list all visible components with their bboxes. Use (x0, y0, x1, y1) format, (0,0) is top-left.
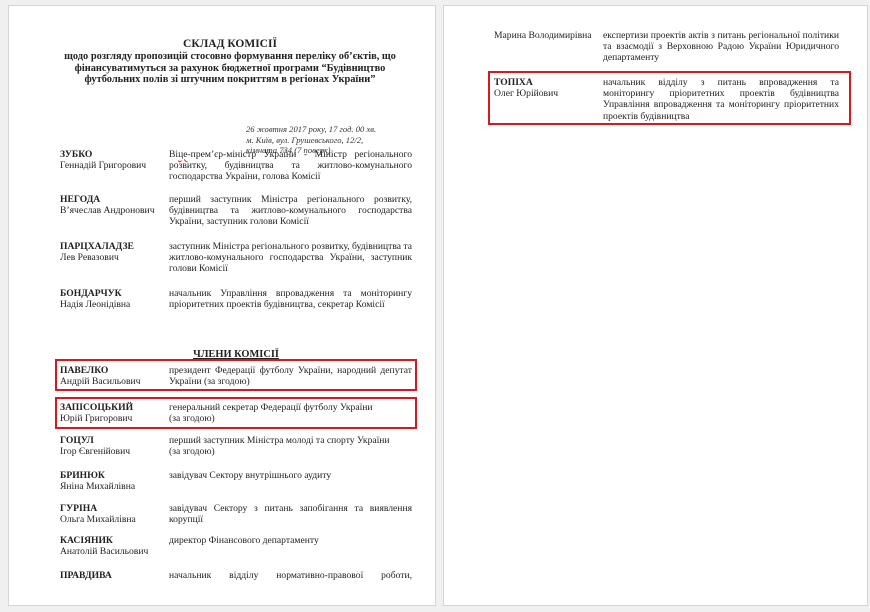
document-subtitle-line: футбольних полів зі штучним покриттям в … (50, 74, 410, 86)
members-heading: ЧЛЕНИ КОМІСІЇ (60, 349, 412, 360)
member-role: начальник відділу з питань впровадження … (603, 77, 839, 122)
member-surname: ПРАВДИВА (60, 570, 112, 581)
member-given-name: Надія Леонідівна (60, 299, 130, 310)
document-title: СКЛАД КОМІСІЇ (50, 38, 410, 51)
member-given-name: В’ячеслав Андронович (60, 205, 155, 216)
member-role: начальник відділу нормативно-правової ро… (169, 570, 412, 581)
member-surname: БРИНЮК (60, 470, 105, 481)
member-role: завідувач Сектору внутрішнього аудиту (169, 470, 412, 481)
member-surname: НЕГОДА (60, 194, 100, 205)
member-role: президент Федерації футболу України, нар… (169, 365, 412, 387)
meeting-date: 26 жовтня 2017 року, 17 год. 00 хв. (246, 124, 426, 135)
document-subtitle-line: фінансуватимуться за рахунок бюджетної п… (50, 63, 410, 75)
member-given-name: Юрій Григорович (60, 413, 132, 424)
member-role: завідувач Сектору з питань запобігання т… (169, 503, 412, 525)
member-surname: ГУРІНА (60, 503, 97, 514)
member-surname: БОНДАРЧУК (60, 288, 122, 299)
member-surname: ГОЦУЛ (60, 435, 94, 446)
member-role: генеральний секретар Федерації футболу У… (169, 402, 412, 424)
member-surname: ЗАПІСОЦЬКИЙ (60, 402, 133, 413)
member-given-name: Олег Юрійович (494, 88, 558, 99)
member-role: перший заступник Міністра регіонального … (169, 194, 412, 228)
meeting-address: м. Київ, вул. Грушевського, 12/2, (246, 135, 426, 146)
member-role: заступник Міністра регіонального розвитк… (169, 241, 412, 275)
member-given-name: Лев Ревазович (60, 252, 119, 263)
member-given-name: Андрій Васильович (60, 376, 140, 387)
document-title-block: СКЛАД КОМІСІЇ щодо розгляду пропозицій с… (50, 38, 410, 86)
member-surname: ТОПІХА (494, 77, 533, 88)
member-surname: ПАВЕЛКО (60, 365, 108, 376)
member-given-name: Геннадій Григорович (60, 160, 146, 171)
member-role: начальник Управління впровадження та мон… (169, 288, 412, 310)
member-given-name: Яніна Михайлівна (60, 481, 135, 492)
document-subtitle-line: щодо розгляду пропозицій стосовно формув… (50, 51, 410, 63)
member-surname: ЗУБКО (60, 149, 92, 160)
member-given-name: Анатолій Васильович (60, 546, 148, 557)
member-given-name: Ольга Михайлівна (60, 514, 136, 525)
member-surname: КАСІЯНИК (60, 535, 113, 546)
member-given-name: Ігор Євгенійович (60, 446, 130, 457)
member-role: Віце-прем’єр-міністр України - Міністр р… (169, 149, 412, 183)
member-surname: ПАРЦХАЛАДЗЕ (60, 241, 134, 252)
member-role: експертизи проектів актів з питань регіо… (603, 30, 839, 64)
member-role: перший заступник Міністра молоді та спор… (169, 435, 412, 457)
member-given-name: Марина Володимирівна (494, 30, 592, 41)
member-role: директор Фінансового департаменту (169, 535, 412, 546)
